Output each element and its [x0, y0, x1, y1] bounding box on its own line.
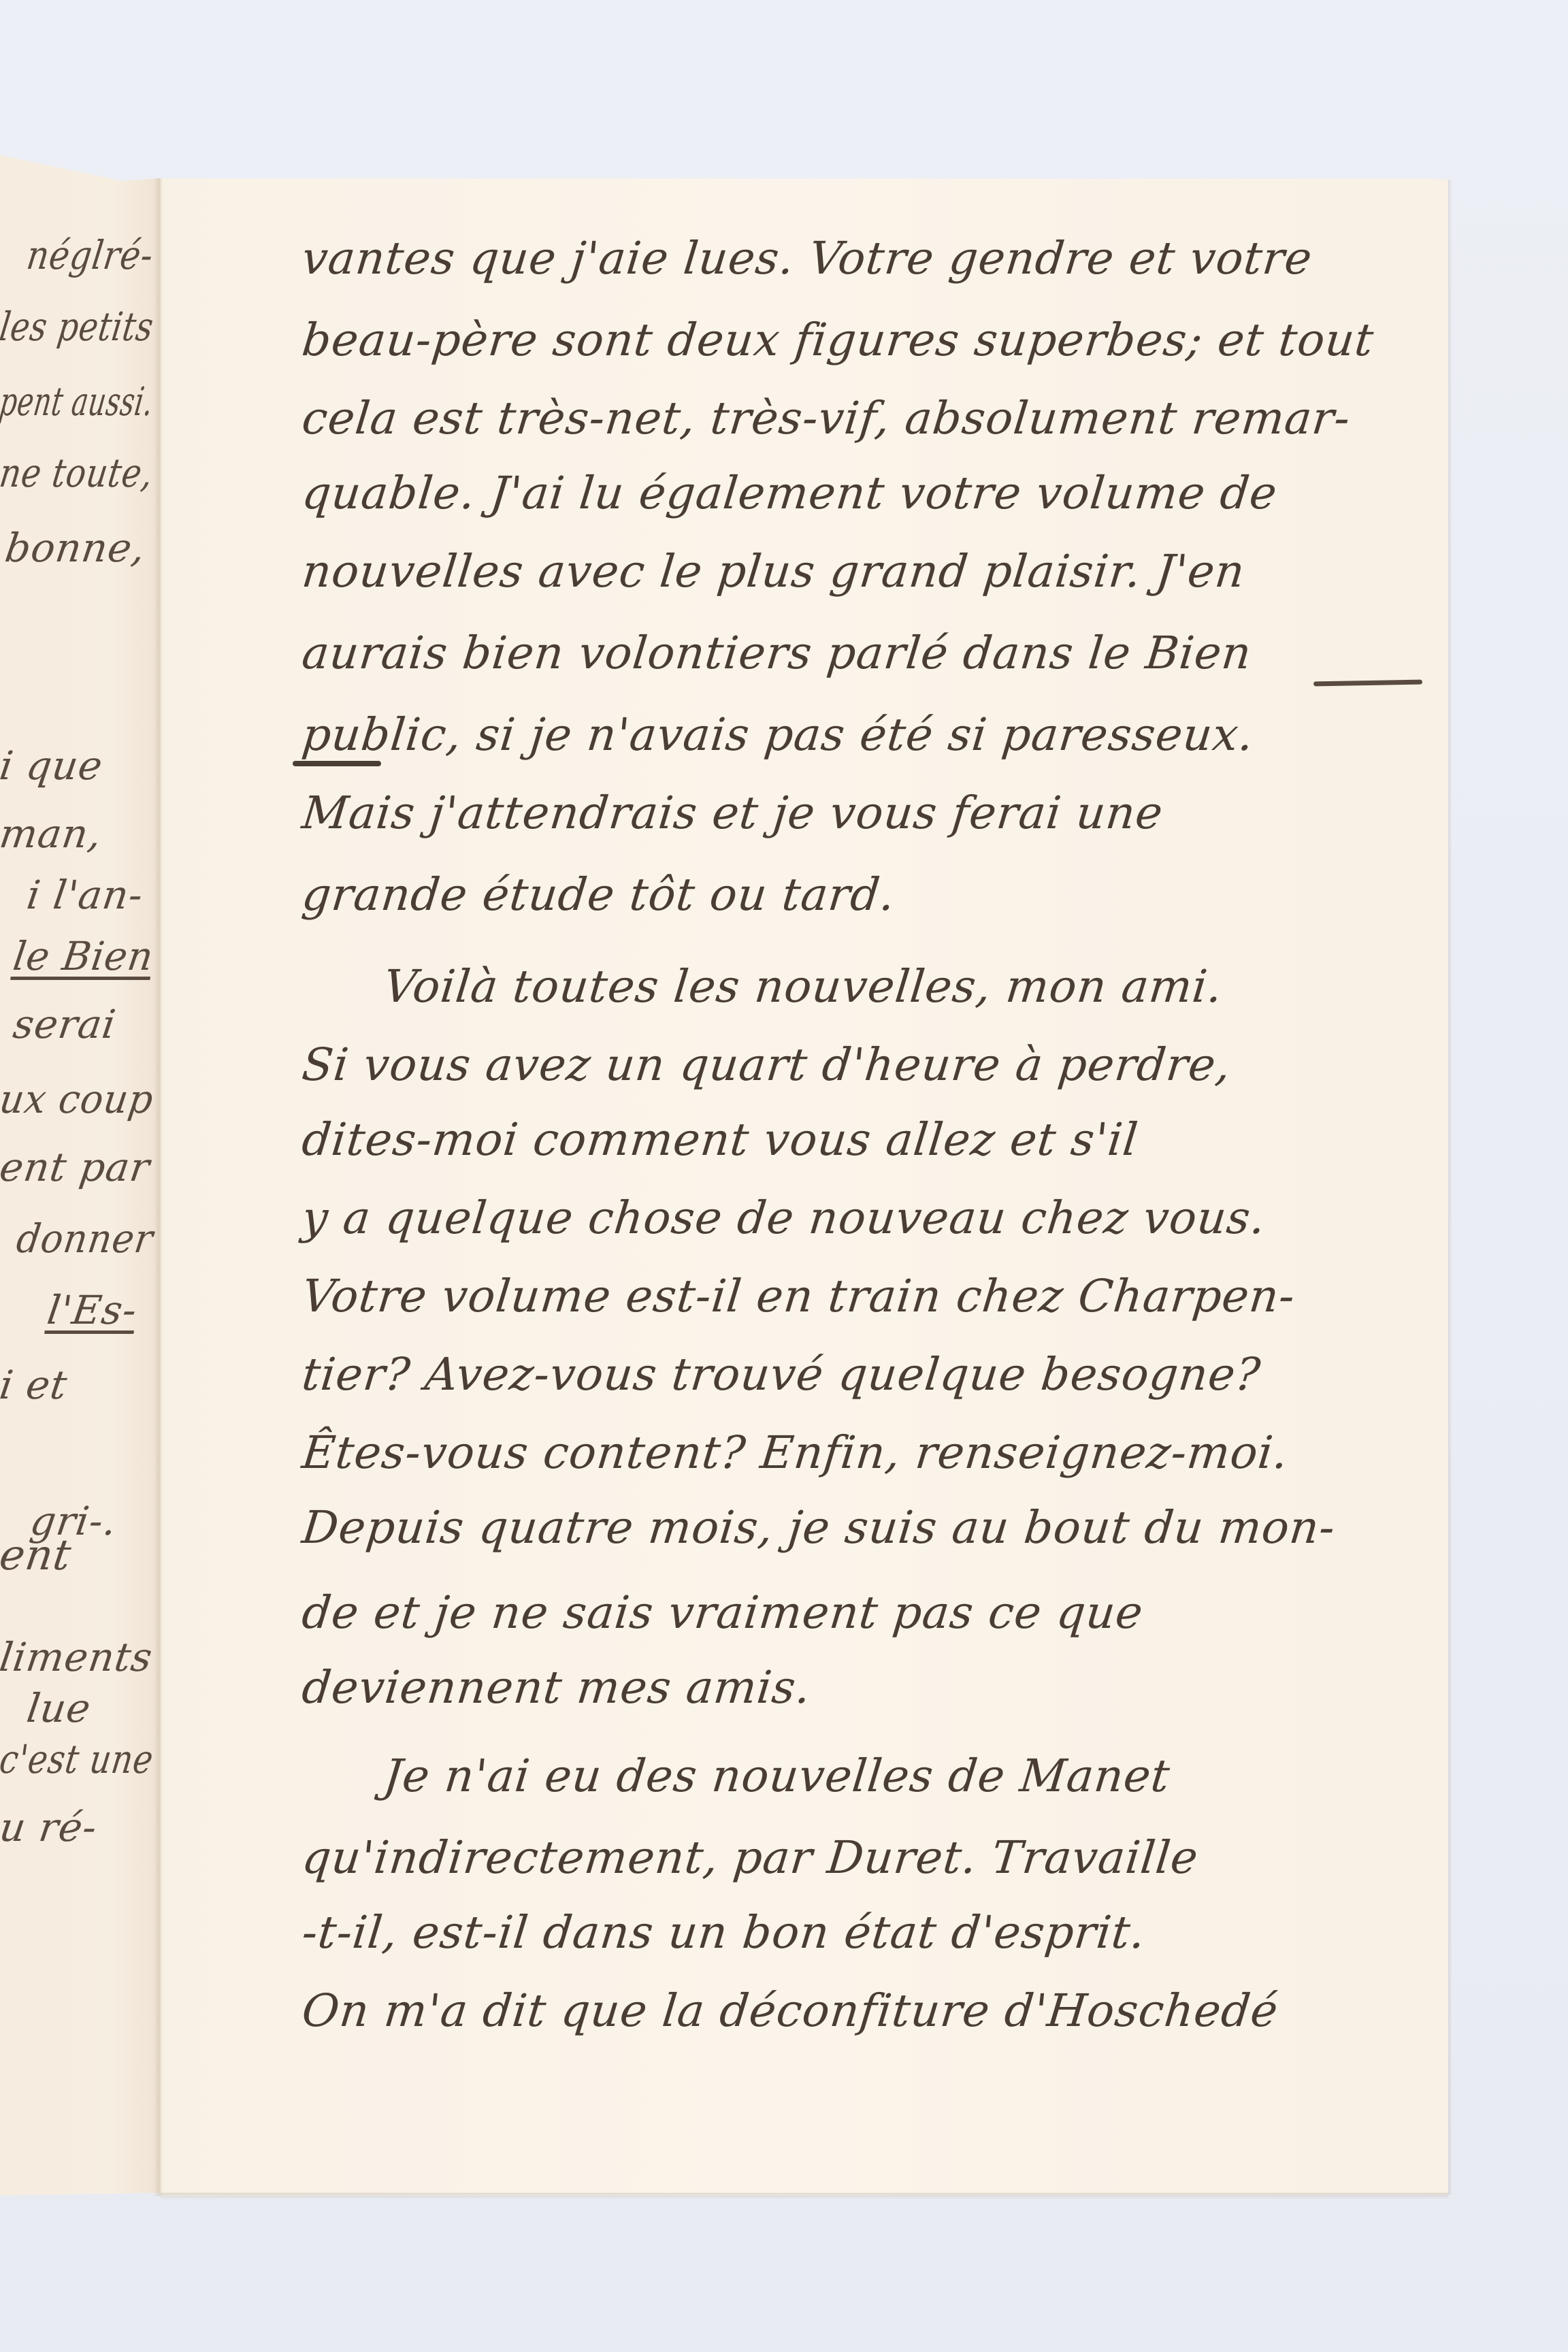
left-fragment: bonne, — [2, 524, 148, 572]
letter-line: public, si je n'avais pas été si paresse… — [299, 708, 1256, 762]
letter-line: quable. J'ai lu également votre volume d… — [299, 466, 1280, 521]
letter-line: deviennent mes amis. — [299, 1661, 814, 1715]
underline-public — [293, 761, 381, 766]
left-fragment: pent aussi. — [0, 378, 157, 425]
left-fragment: man, — [0, 810, 105, 857]
left-fragment: u ré- — [0, 1803, 100, 1851]
letter-line: vantes que j'aie lues. Votre gendre et v… — [299, 231, 1315, 286]
letter-line: aurais bien volontiers parlé dans le Bie… — [299, 626, 1254, 681]
letter-line: dites-moi comment vous allez et s'il — [299, 1113, 1141, 1167]
left-fragment-underlined: l'Es- — [44, 1286, 140, 1334]
left-fragment: ent par — [0, 1143, 153, 1191]
fold-crease — [154, 178, 163, 2196]
left-fragment: c'est une — [0, 1735, 157, 1783]
paper-edge-shadow — [1448, 180, 1452, 2195]
letter-line: Si vous avez un quart d'heure à perdre, — [299, 1038, 1234, 1092]
left-fragment: néglré- — [24, 231, 157, 279]
letter-paragraph-start: Je n'ai eu des nouvelles de Manet — [381, 1749, 1173, 1803]
paper-bottom-shadow — [161, 2193, 1448, 2200]
left-fragment: serai — [10, 1000, 119, 1048]
letter-paragraph-start: Voilà toutes les nouvelles, mon ami. — [381, 960, 1226, 1014]
left-fragment: ent — [0, 1531, 74, 1579]
left-fragment: lue — [24, 1684, 94, 1732]
letter-line: Depuis quatre mois, je suis au bout du m… — [299, 1501, 1338, 1555]
left-fragment: i l'an- — [24, 871, 146, 919]
left-fragment-underlined: le Bien — [10, 932, 157, 980]
letter-line: tier? Avez-vous trouvé quelque besogne? — [299, 1347, 1263, 1402]
letter-line: nouvelles avec le plus grand plaisir. J'… — [299, 544, 1247, 599]
left-fragment: liments — [0, 1633, 156, 1681]
left-fragment: i et — [0, 1361, 71, 1409]
letter-line: beau-père sont deux figures superbes; et… — [299, 313, 1377, 367]
left-fragment: i que — [0, 742, 106, 789]
left-fragment: donner — [14, 1215, 157, 1262]
letter-line: Mais j'attendrais et je vous ferai une — [299, 786, 1166, 840]
left-fragment: ne toute, — [0, 449, 157, 497]
letter-line: grande étude tôt ou tard. — [299, 868, 898, 922]
letter-line: Êtes-vous content? Enfin, renseignez-moi… — [299, 1426, 1291, 1480]
letter-line: y a quelque chose de nouveau chez vous. — [299, 1191, 1269, 1245]
letter-line: cela est très-net, très-vif, absolument … — [299, 391, 1353, 446]
left-fragment: les petits — [0, 303, 157, 350]
letter-line: de et je ne sais vraiment pas ce que — [299, 1586, 1146, 1640]
letter-line: On m'a dit que la déconfiture d'Hoschedé — [299, 1984, 1281, 2038]
letter-line: -t-il, est-il dans un bon état d'esprit. — [299, 1906, 1148, 1960]
letter-line: qu'indirectement, par Duret. Travaille — [299, 1831, 1201, 1885]
left-fragment: ux coup — [0, 1075, 157, 1123]
letter-line: Votre volume est-il en train chez Charpe… — [299, 1269, 1298, 1324]
